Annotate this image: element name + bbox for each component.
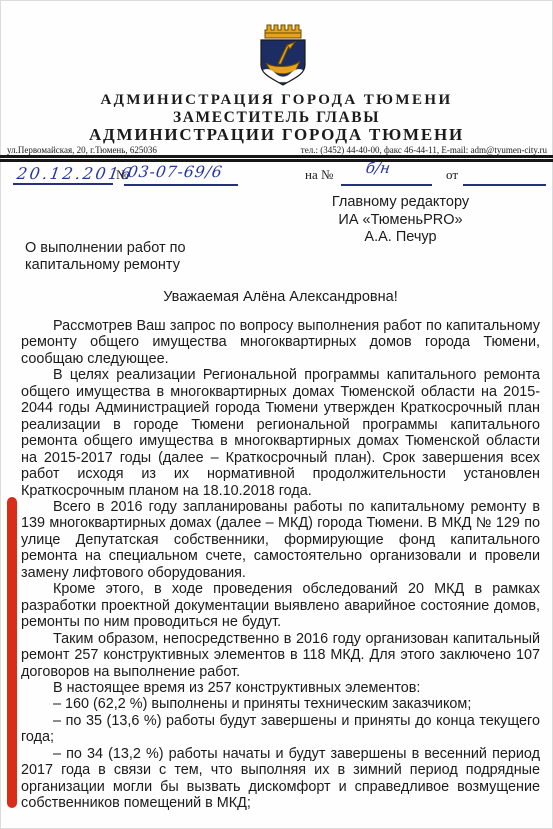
org-name-line1: АДМИНИСТРАЦИЯ ГОРОДА ТЮМЕНИ xyxy=(0,92,553,109)
letter-page: АДМИНИСТРАЦИЯ ГОРОДА ТЮМЕНИ ЗАМЕСТИТЕЛЬ … xyxy=(0,0,553,829)
contact-info: тел.: (3452) 44-40-00, факс 46-44-11, E-… xyxy=(301,145,547,155)
from-date-label: от xyxy=(446,167,458,183)
paragraph: Кроме этого, в ходе проведения обследова… xyxy=(21,581,540,630)
reply-to-number-label: на № xyxy=(305,167,333,183)
paragraph: В настоящее время из 257 конструктивных … xyxy=(21,680,540,696)
paragraph: Таким образом, непосредственно в 2016 го… xyxy=(21,631,540,680)
paragraph: Рассмотрев Ваш запрос по вопросу выполне… xyxy=(21,318,540,367)
list-item-paragraph: – по 34 (13,2 %) работы начаты и будут з… xyxy=(21,746,540,812)
handwritten-reply-number: б/н xyxy=(365,159,392,177)
crown-shape xyxy=(265,25,301,38)
salutation: Уважаемая Алёна Александровна! xyxy=(21,289,540,305)
recipient-organization: ИА «ТюменьPRO» xyxy=(283,212,518,230)
subject-line2: капитальному ремонту xyxy=(25,257,186,274)
list-item-paragraph: – по 35 (13,6 %) работы будут завершены … xyxy=(21,713,540,746)
postal-address: ул.Первомайская, 20, г.Тюмень, 625036 xyxy=(7,145,157,155)
date-underline xyxy=(13,183,113,185)
paragraph: Всего в 2016 году запланированы работы п… xyxy=(21,499,540,581)
subject-line1: О выполнении работ по xyxy=(25,240,186,257)
letter-body: Рассмотрев Ваш запрос по вопросу выполне… xyxy=(21,318,540,812)
letterhead-divider xyxy=(0,155,553,162)
handwritten-outgoing-number: 03-07-69/6 xyxy=(127,163,224,181)
margin-highlight-bar xyxy=(7,497,17,808)
reply-number-underline xyxy=(341,184,432,186)
from-date-underline xyxy=(463,184,546,186)
paragraph: В целях реализации Региональной программ… xyxy=(21,367,540,499)
recipient-person: А.А. Печур xyxy=(283,229,518,247)
tyumen-coat-of-arms-icon xyxy=(251,15,315,89)
org-name-line3: АДМИНИСТРАЦИИ ГОРОДА ТЮМЕНИ xyxy=(0,125,553,145)
subject-block: О выполнении работ по капитальному ремон… xyxy=(25,240,186,274)
recipient-title: Главному редактору xyxy=(283,194,518,212)
number-underline xyxy=(124,184,238,186)
list-item-paragraph: – 160 (62,2 %) выполнены и приняты техни… xyxy=(21,696,540,712)
recipient-block: Главному редактору ИА «ТюменьPRO» А.А. П… xyxy=(283,194,518,247)
